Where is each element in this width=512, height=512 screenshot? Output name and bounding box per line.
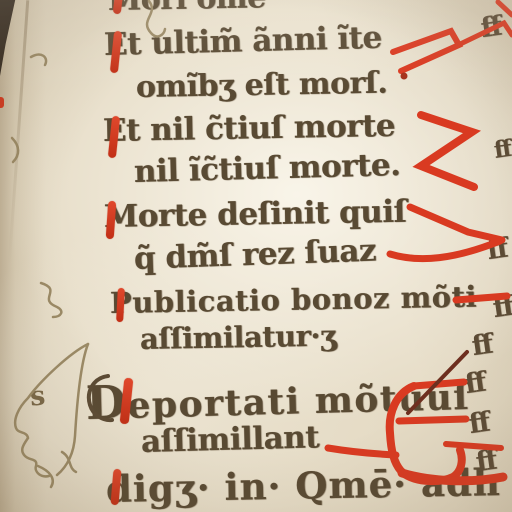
digest-citation-mark: ff [491, 291, 512, 324]
digest-citation-mark: ff [479, 11, 502, 44]
digest-citation-mark: ff [467, 407, 490, 440]
text-line-9: aſſimilatur·ʒ [140, 319, 337, 356]
text-line-6: Morte deſinit quiſ [104, 194, 407, 235]
text-line-5: nil ĩc̃tiuſ morte. [134, 147, 401, 190]
digest-citation-mark: ff [492, 135, 511, 164]
red-edge-mark [0, 97, 4, 108]
manuscript-photo: Mori om̃e Et ultim̃ ãnni ĩte omĩbʒ eſt m… [0, 0, 512, 512]
digest-citation-mark: ff [474, 445, 497, 478]
face-doodle [15, 344, 88, 476]
text-line-3: omĩbʒ eſt morſ. [136, 66, 388, 105]
parchment-crease [8, 0, 29, 265]
small-margin-mark [31, 55, 46, 65]
text-line-11: aſſimillant [141, 419, 320, 460]
digest-citation-mark: ff [470, 329, 493, 362]
text-line-12: digʒ· in· Qmē· adh [106, 460, 501, 511]
text-line-8: Publicatio bonoz mõti [110, 280, 478, 320]
text-line-7: q̃ dm̃ſ rez ſuaz [133, 233, 376, 277]
face-doodle [62, 452, 76, 472]
face-doodle [57, 344, 88, 475]
page-edge-shadow [0, 0, 40, 80]
mid-margin-flourish [41, 283, 61, 317]
face-doodle [38, 466, 53, 487]
digest-citation-mark: ff [463, 367, 486, 400]
text-line-1: Mori om̃e [108, 0, 266, 18]
text-line-4: Et nil c̃tiuſ morte [103, 108, 396, 149]
margin-letter-s: s [29, 380, 47, 412]
digest-citation-mark: ff [485, 233, 508, 266]
text-line-2: Et ultim̃ ãnni ĩte [104, 20, 383, 63]
